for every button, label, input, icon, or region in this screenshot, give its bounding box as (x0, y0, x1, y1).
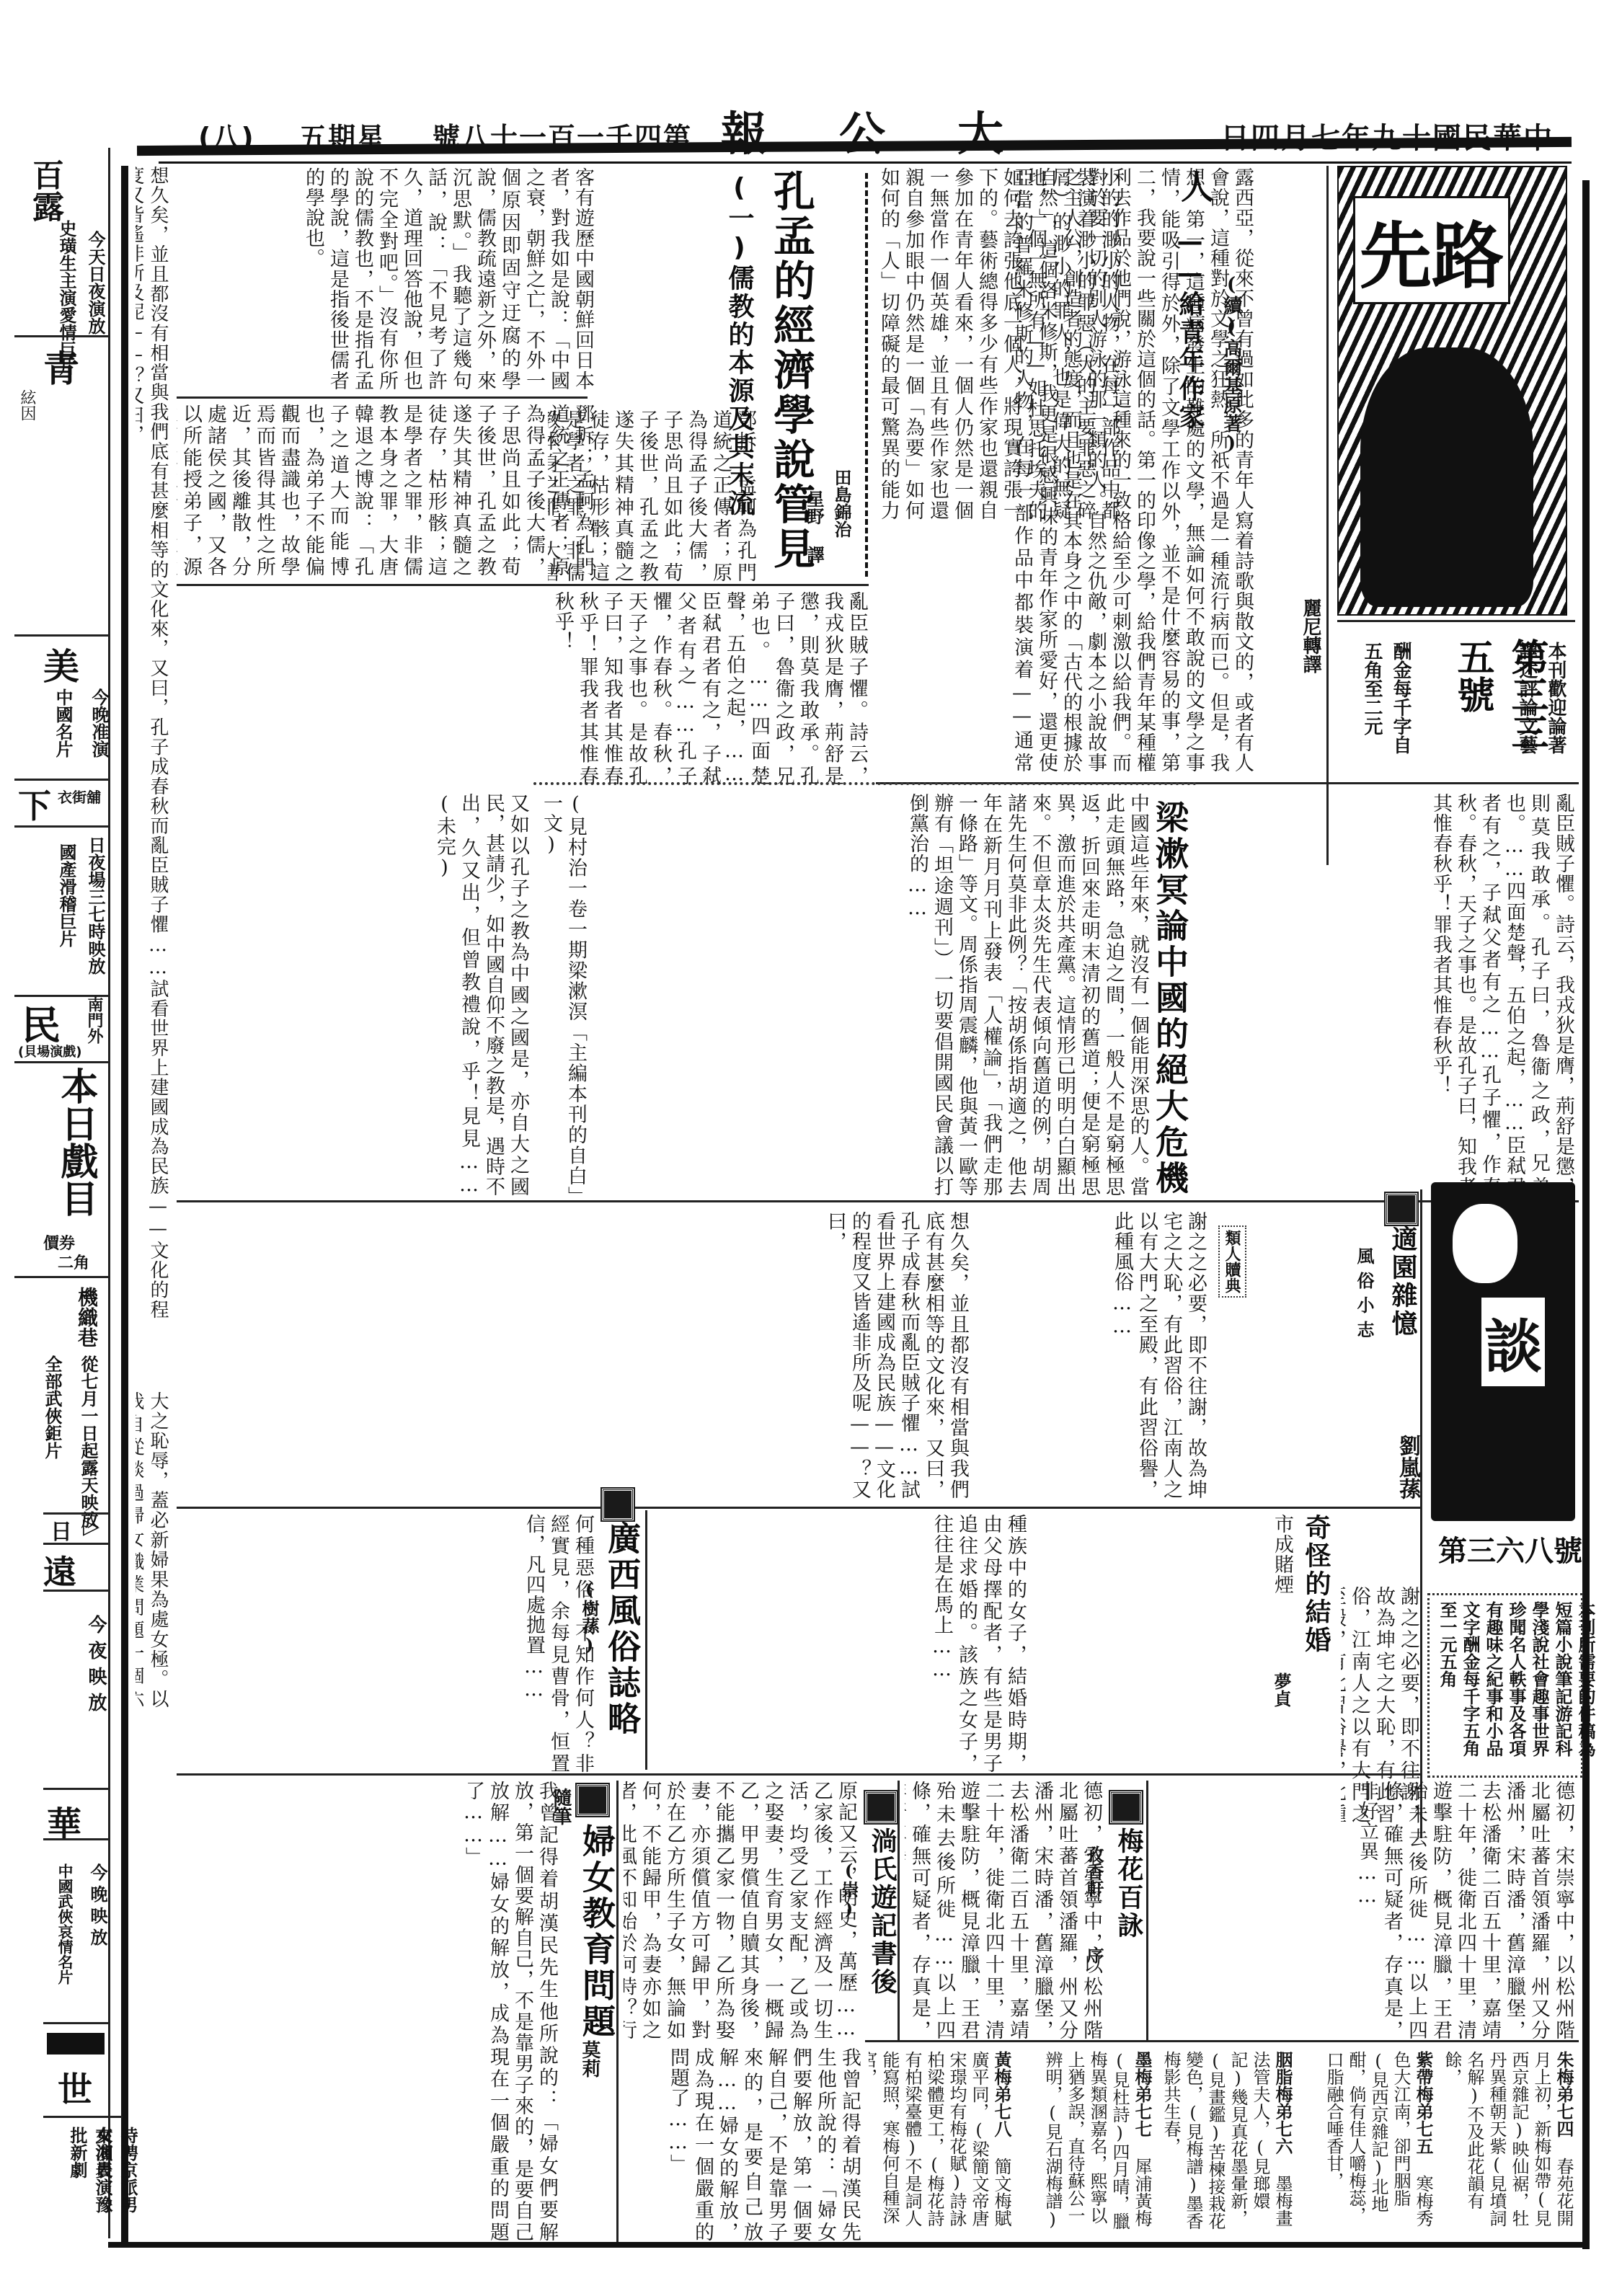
issue-number-335: 第三三五號 (1445, 638, 1554, 771)
left-strip-heavy-rule (121, 166, 128, 2242)
wavy-border (865, 173, 872, 577)
issue-number-368: 第三六八號 (1438, 1528, 1582, 1569)
column-border (1146, 1781, 1148, 2040)
section-divider (865, 2040, 1579, 2042)
ad-divider (43, 1788, 108, 1790)
meihua-author: 孜香軒 (1081, 1845, 1107, 1897)
women-edu-title: 婦女教育問題 (573, 1824, 621, 2040)
ad-theater-name: 機織巷 (72, 1287, 101, 1347)
youji-body: 原記又云，明史，萬歷……乙家後，工作經濟及一切生活，均受乙家支配，乙或為之娶妻，… (624, 1781, 858, 2040)
ad-showtime: 今天日夜演放 (83, 231, 108, 334)
ad-divider (14, 634, 108, 637)
meihua-poems: 朱梅弟七四 春苑花開月上初，新梅如帶(見西京雜記)映仙裾，牡丹異種朝天紫(見墳詞… (865, 2047, 1575, 2242)
poem-number: 朱梅弟七四 (1554, 2051, 1574, 2137)
confucius-article-body-4: 又如以孔子之教為中國之國是，亦自大之國民，甚請少，如中國自仰不廢之教是，遇時不出… (177, 793, 530, 1197)
column-border (616, 1781, 619, 2242)
portrait-illustration (1453, 1204, 1517, 1283)
masthead-rule-thin (159, 161, 1572, 164)
poem-entry: 墨梅弟七七 犀浦黃梅(見杜詩)四月晴，臘梅異類溷嘉名，熙寧以上猶多誤，直待蘇公一… (1024, 2051, 1153, 2238)
marriage-body: 種族中的女子，結婚時期，由父母擇配者，有些是男子追往求婚的。該族之女子，往往是在… (652, 1514, 1027, 1773)
women-edu-author: 莫莉 (577, 2040, 603, 2078)
poem-number: 紫帶梅弟七五 (1413, 2051, 1434, 2155)
meihua-preface: 序 (1081, 1946, 1107, 1964)
ad-film: 中國武俠哀情名片 (54, 1863, 76, 1985)
column-emblem-icon (1110, 1791, 1142, 1823)
shiyuan-title: 適園雜憶 (1384, 1225, 1421, 1338)
fee-text: 五角至二元 (1359, 642, 1386, 735)
dotted-box (533, 782, 1197, 787)
ad-divider (43, 1590, 108, 1592)
ad-sub: 衣街舖 (58, 786, 101, 807)
shiyuan-subtitle: 風俗小志 (1352, 1247, 1377, 1345)
confucius-article-body-3: 亂臣賊子懼。詩云，我戎狄是膺，荊舒是懲，則莫我敢承。孔子曰，魯衞之政，兄弟也。…… (177, 591, 869, 786)
guangxi-body: 何種惡俗，不知作何人？非經實見，余每見曹骨，恒置信，凡四處拋置…… (177, 1514, 595, 1773)
shiyuan-author: 劉嵐蓀 (1391, 1435, 1423, 1499)
submission-notice-text: 本刊所需要的件稿為短篇小說筆記游記科學淺說社會趣事世界珍聞名人軼事及各項有趣味之… (1430, 1595, 1603, 1773)
tan-column-banner: 談 (1431, 1182, 1575, 1521)
bianzhou-text: 想久矣，並且都沒有相當與我們底有甚麼相等的文化來，又曰，孔子成春秋而亂臣賊子懼…… (177, 1211, 970, 1499)
ad-film: 中國名片 (50, 688, 76, 758)
youji-author: (崇) (836, 1860, 861, 1919)
ad-sub: 南門外 (83, 996, 105, 1044)
submission-notice-box: 本刊歡迎論著 譯述評論文藝 第三三五號 酬金每千字自 五角至二元 (1337, 627, 1575, 771)
ad-sub: 絃因 (16, 389, 38, 421)
column-border (645, 1510, 647, 1770)
ad-showtime: 今晚准演 (87, 688, 112, 758)
ad-theater-name: 世 (58, 2062, 92, 2111)
marriage-body-2: 市成賭煙 (1027, 1514, 1294, 1773)
women-edu-body: 我曾記得着胡漢民先生他所說的：「婦女們要解放，第一個要解自己，不是靠男子來的，是… (177, 1781, 559, 2242)
guangxi-author: (樹蓀) (577, 1579, 602, 1655)
marriage-author: 夢貞 (1269, 1672, 1294, 1707)
article-text: 想久矣，並且都沒有相當與我們底有甚麼相等的文化來，又曰，孔子成春秋而亂臣賊子懼…… (136, 166, 170, 1319)
ad-divider (43, 1838, 108, 1840)
ad-divider (14, 825, 108, 828)
ad-film: 來湘表演豫批新劇 (65, 2127, 115, 2228)
column-emblem-icon (602, 1489, 634, 1520)
ad-film: 全部武俠鉅片 (40, 1355, 65, 1459)
fee-text: 酬金每千字自 (1388, 642, 1414, 754)
kong-cont-body: 亂臣賊子懼。詩云，我戎狄是膺，荊舒是懲，則莫我敢承。孔子曰，魯衞之政，兄弟也。…… (1200, 793, 1575, 1197)
page-bottom-rule (108, 2242, 1590, 2248)
ad-price: 二角 (58, 1251, 89, 1273)
confucius-article-body-2: 鄧拆；孟軻為孔門道統之正傳者；原為得孟子後大儒，子思尚且如此；荀子後世，孔孟之教… (177, 404, 595, 577)
guangxi-title: 廣西風俗誌略 (598, 1521, 646, 1737)
section-divider (177, 1507, 1420, 1509)
meihua-title: 梅花百詠 (1110, 1827, 1147, 1940)
ad-showtime: 從七月一日起露天映放 (76, 1355, 101, 1528)
ad-film: 國產滑稽巨片 (54, 843, 79, 947)
pioneer-article-author: (高爾基原著) (1218, 317, 1245, 454)
right-heavy-rule (1582, 180, 1590, 2249)
section-divider (177, 584, 869, 586)
section-divider (177, 396, 588, 399)
horse-rider-illustration (1360, 347, 1533, 607)
bianzhou-body: 德初，宋崇寧中，以松州階北屬吐蕃首領潘羅，州又分潘州，宋時潘，舊漳臘堡，去松潘衛… (905, 1781, 1103, 2040)
poem-number: 墨梅弟七七 (1132, 2051, 1153, 2137)
ad-theater-name: 百露 (22, 159, 68, 222)
ad-theater-name: 青 (43, 340, 79, 392)
column-emblem-icon (577, 1784, 608, 1816)
pioneer-border (1326, 166, 1329, 865)
custom-article-text: 謝之之必要，即不往謝，故為坤宅之大恥，有此習俗，江南人之以有大門之至殿，有此習俗… (970, 1211, 1207, 1499)
pioneer-article-subtitle: ——給青年作家 (1171, 227, 1208, 431)
poem-entry: 黃梅弟七八 簡文梅賦廣平同，(梁簡文帝唐宋璟均有梅花賦)詩詠柏梁體更工，(梅花詩… (869, 2051, 1013, 2238)
article-translator: 星野 譯 (802, 490, 827, 563)
ad-divider (14, 335, 108, 337)
ad-theater-name: 日 (50, 1514, 72, 1546)
poem-entry: 朱梅弟七四 春苑花開月上初，新梅如帶(見西京雜記)映仙裾，牡丹異種朝天紫(見墳詞… (1445, 2051, 1575, 2238)
shiyuan-border (1420, 1189, 1422, 1838)
tan-banner-title: 談 (1481, 1298, 1545, 1386)
liang-article-title: 梁漱冥論中國的絕大危機 (1146, 800, 1194, 1197)
section-divider (1337, 620, 1575, 622)
column-emblem-icon (1386, 1193, 1417, 1225)
ad-program-title: 本日戲目 (49, 1067, 103, 1217)
section-divider (177, 1200, 1579, 1202)
pioneer-banner-woodcut: 先路 (1337, 166, 1567, 616)
women-edu-column-label: 隨筆 (548, 1788, 575, 1825)
poem-number: 黃梅弟七八 (991, 2051, 1012, 2137)
confucius-article-body: 客有遊歷中國朝鮮回日本者，對我如是說：「中國之衰，朝鮮之亡，不外一個原因即固守迂… (177, 167, 595, 391)
pioneer-article-title: 人 (1171, 169, 1219, 205)
marriage-title: 奇怪的結婚 (1298, 1514, 1334, 1654)
section-divider (177, 1773, 1420, 1776)
ad-banner-blot (47, 2033, 105, 2055)
poem-text: 簡文梅賦廣平同，(梁簡文帝唐宋璟均有梅花賦)詩詠柏梁體更工，(梅花詩有柏梁臺體)… (869, 2051, 1011, 2227)
liang-article-body: 中國這些年來，就沒有一個能用深思的人。當此走頭無路，急迫之間，一般人不是窮極思返… (588, 793, 1150, 1197)
ad-divider (43, 2022, 108, 2024)
youji-body-2: 我曾記得着胡漢民先生他所說的：「婦女們要解放，第一個要解自己，不是靠男子來的，是… (624, 2047, 861, 2242)
column-border (898, 1781, 900, 2040)
ad-strip: 百露 今天日夜演放 史璜生主演愛情巨片 青 絃因 美 今晚准演 中國名片 下 衣… (14, 151, 108, 2228)
custom-heading: 類人贖典 (1218, 1225, 1246, 1298)
newspaper-title: 大公報 (721, 97, 1076, 164)
ad-showtime: 日夜場三七時映放 (83, 836, 108, 975)
article-text: 大之恥辱，蓋必新婦果為處女極。以我自從談過婦女職業問題一個六七…… (136, 1391, 170, 1708)
ad-theater-name: 美 (43, 638, 79, 690)
header-date: 中華民國十九年七月四日 (1220, 115, 1554, 156)
article-section-title: (一)儒教的本源及其末流 (721, 173, 758, 518)
ad-divider (14, 1276, 108, 1278)
ad-divider (43, 2116, 123, 2118)
youji-title: 淌氏遊記書後 (864, 1827, 900, 1996)
ad-showtime: 今夜映放 (83, 1615, 110, 1719)
play-triangle-icon: ▷ (83, 1514, 99, 1539)
pioneer-banner-title: 先路 (1353, 196, 1510, 304)
ad-note: (貝場演戲) (18, 1042, 81, 1060)
ad-theater-name: 下 (18, 780, 51, 828)
ad-theater-name: 遠 (43, 1546, 76, 1594)
ad-showtime: 今晚映放 (85, 1863, 110, 1950)
article-author: 田島錦治 (829, 469, 854, 538)
pioneer-article-translator: 麗尼轉譯 (1298, 598, 1324, 673)
poem-number: 胭脂梅弟七六 (1272, 2051, 1293, 2155)
submission-notice-box: 本刊所需要的件稿為短篇小說筆記游記科學淺說社會趣事世界珍聞名人軼事及各項有趣味之… (1427, 1593, 1583, 1778)
ad-divider (14, 1061, 108, 1063)
column-emblem-icon (865, 1791, 897, 1823)
bianzhou-body-2: 德初，宋崇寧中，以松州階北屬吐蕃首領潘羅，州又分潘州，宋時潘，舊漳臘堡，去松潘衛… (1153, 1781, 1575, 2040)
liang-article-source: (見村治一卷一期梁漱溟「主編本刊的自白」一文) (537, 793, 588, 1197)
poem-entry: 胭脂梅弟七六 墨梅畫法管夫人，(見瑯嬛記)幾見真花墨暈新，(見畫鑑)苦楝接栽花變… (1164, 2051, 1294, 2238)
custom-heading-box: 類人贖典 (1218, 1225, 1247, 1298)
ad-divider (43, 1543, 108, 1545)
poem-entry: 紫帶梅弟七五 寒梅秀色大江南，卻門胭脂(見西京雜記)北地酣，倘有佳人嚼梅蕊，口脂… (1305, 2051, 1435, 2238)
pioneer-article-body: 露西亞，從來不曾有過如此多的青年人寫着詩歌與散文的，或者有人會說，這種對於文學之… (1009, 167, 1254, 773)
